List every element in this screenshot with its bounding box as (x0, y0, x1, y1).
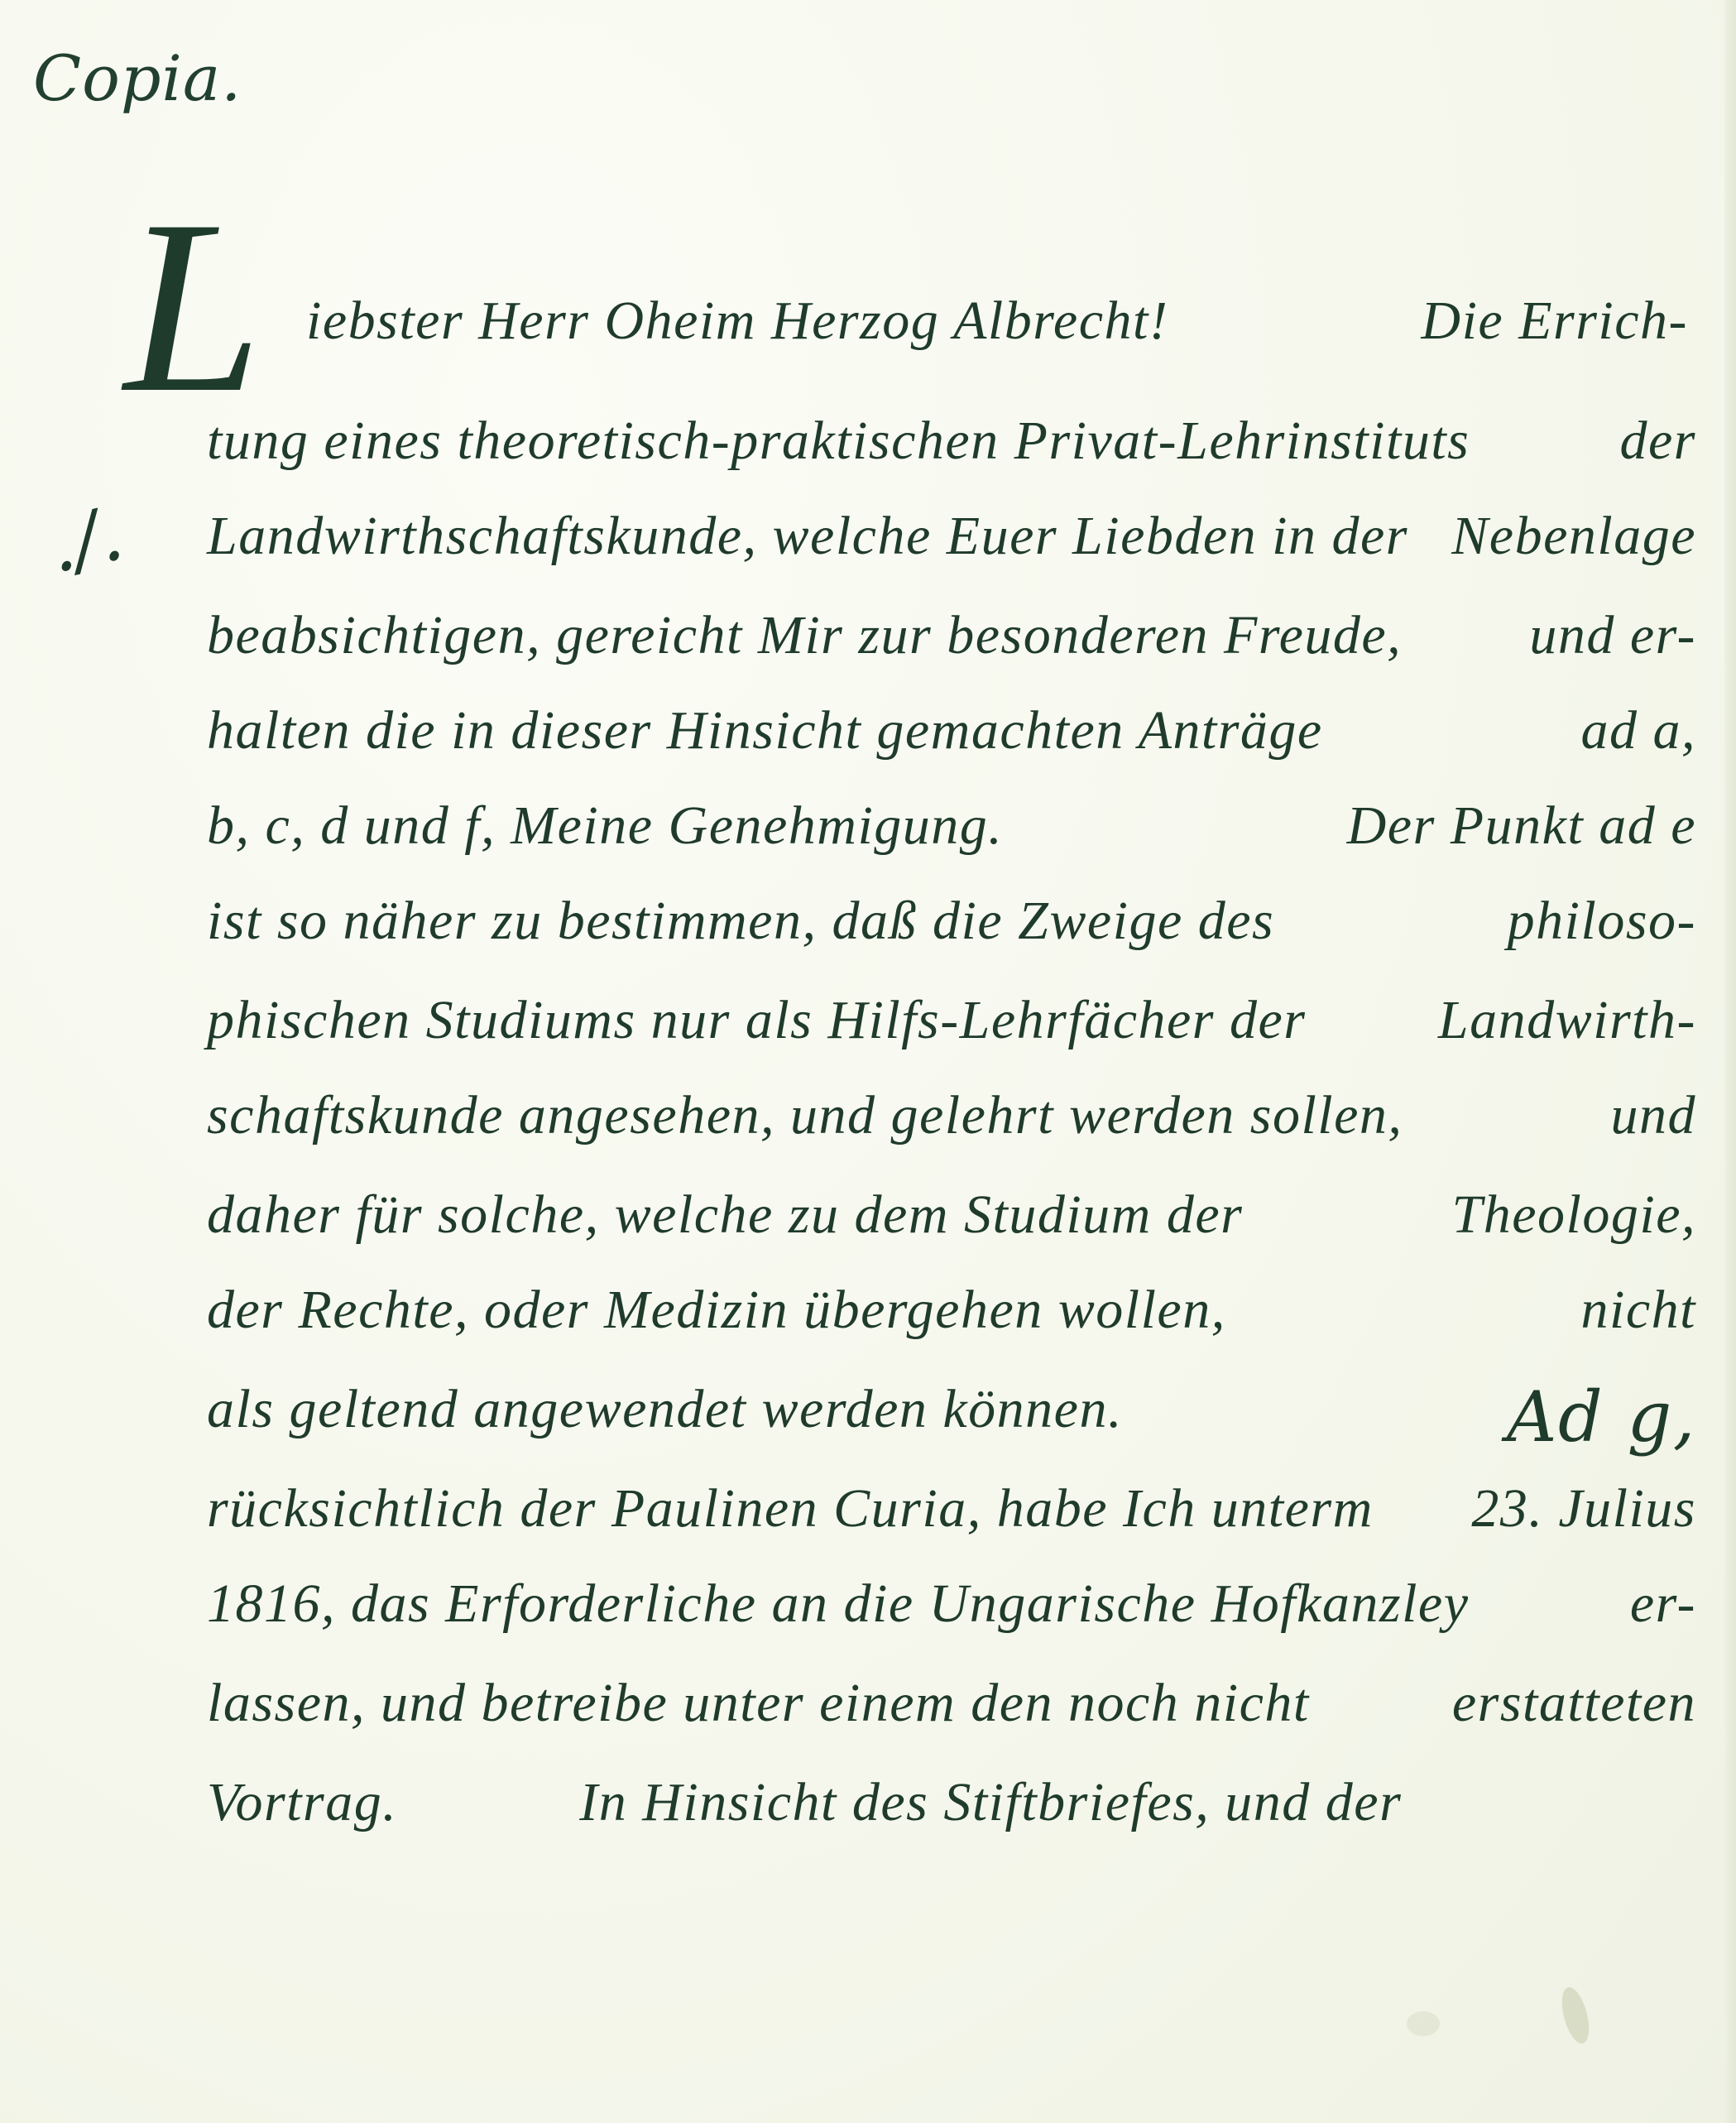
text-line-6: b, c, d und f, Meine Genehmigung. Der Pu… (207, 799, 1696, 853)
line-16-left: Vortrag. (207, 1775, 397, 1830)
line-15-right: erstatteten (1452, 1676, 1696, 1731)
text-line-4: beabsichtigen, gereicht Mir zur besonder… (207, 608, 1696, 663)
line-1-left: iebster Herr Oheim Herzog Albrecht! (306, 294, 1168, 348)
text-line-2: tung eines theoretisch-praktischen Priva… (207, 414, 1696, 468)
text-line-11: der Rechte, oder Medizin übergehen wolle… (207, 1283, 1696, 1338)
line-10-left: daher für solche, welche zu dem Studium … (207, 1188, 1243, 1242)
line-3-left: Landwirthschaftskunde, welche Euer Liebd… (207, 509, 1408, 564)
text-line-10: daher für solche, welche zu dem Studium … (207, 1188, 1696, 1242)
line-14-right: er- (1630, 1577, 1696, 1631)
copia-heading: Copia. (33, 41, 242, 115)
line-11-right: nicht (1581, 1283, 1696, 1338)
line-2-right: der (1620, 414, 1696, 468)
text-line-13: rücksichtlich der Paulinen Curia, habe I… (207, 1482, 1696, 1536)
line-14-left: 1816, das Erforderliche an die Ungarisch… (207, 1577, 1470, 1631)
page-edge (1724, 0, 1736, 2123)
text-line-3: Landwirthschaftskunde, welche Euer Liebd… (207, 509, 1696, 564)
line-6-left: b, c, d und f, Meine Genehmigung. (207, 799, 1003, 853)
salutation-initial: L (124, 182, 262, 430)
manuscript-page: Copia. ./. L iebster Herr Oheim Herzog A… (0, 0, 1736, 2123)
line-12-right: Ad g, (1507, 1382, 1696, 1452)
line-13-right: 23. Julius (1471, 1482, 1696, 1536)
paper-stain (1556, 1985, 1594, 2047)
line-4-left: beabsichtigen, gereicht Mir zur besonder… (207, 608, 1402, 663)
text-line-14: 1816, das Erforderliche an die Ungarisch… (207, 1577, 1696, 1631)
text-line-9: schaftskunde angesehen, und gelehrt werd… (207, 1088, 1696, 1143)
text-line-1: iebster Herr Oheim Herzog Albrecht! Die … (306, 294, 1688, 348)
line-9-left: schaftskunde angesehen, und gelehrt werd… (207, 1088, 1403, 1143)
line-7-right: philoso- (1508, 894, 1696, 949)
line-1-right: Die Errich- (1421, 294, 1688, 348)
line-8-left: phischen Studiums nur als Hilfs-Lehrfäch… (207, 993, 1306, 1048)
line-11-left: der Rechte, oder Medizin übergehen wolle… (207, 1283, 1226, 1338)
line-16-right: In Hinsicht des Stiftbriefes, und der (579, 1775, 1402, 1830)
text-line-16: Vortrag. In Hinsicht des Stiftbriefes, u… (207, 1775, 1696, 1830)
line-4-right: und er- (1529, 608, 1696, 663)
line-12-left: als geltend angewendet werden können. (207, 1382, 1123, 1452)
line-13-left: rücksichtlich der Paulinen Curia, habe I… (207, 1482, 1374, 1536)
text-line-7: ist so näher zu bestimmen, daß die Zweig… (207, 894, 1696, 949)
text-line-12: als geltend angewendet werden können. Ad… (207, 1382, 1696, 1452)
text-line-8: phischen Studiums nur als Hilfs-Lehrfäch… (207, 993, 1696, 1048)
line-15-left: lassen, und betreibe unter einem den noc… (207, 1676, 1310, 1731)
line-3-right: Nebenlage (1451, 509, 1696, 564)
paper-stain (1407, 2011, 1440, 2036)
line-2-left: tung eines theoretisch-praktischen Priva… (207, 414, 1470, 468)
line-9-right: und (1611, 1088, 1697, 1143)
line-8-right: Landwirth- (1438, 993, 1696, 1048)
text-line-15: lassen, und betreibe unter einem den noc… (207, 1676, 1696, 1731)
line-7-left: ist so näher zu bestimmen, daß die Zweig… (207, 894, 1274, 949)
line-10-right: Theologie, (1452, 1188, 1696, 1242)
line-6-right: Der Punkt ad e (1347, 799, 1696, 853)
line-5-right: ad a, (1581, 704, 1697, 758)
line-5-left: halten die in dieser Hinsicht gemachten … (207, 704, 1323, 758)
margin-attachment-mark: ./. (41, 490, 130, 590)
text-line-5: halten die in dieser Hinsicht gemachten … (207, 704, 1696, 758)
